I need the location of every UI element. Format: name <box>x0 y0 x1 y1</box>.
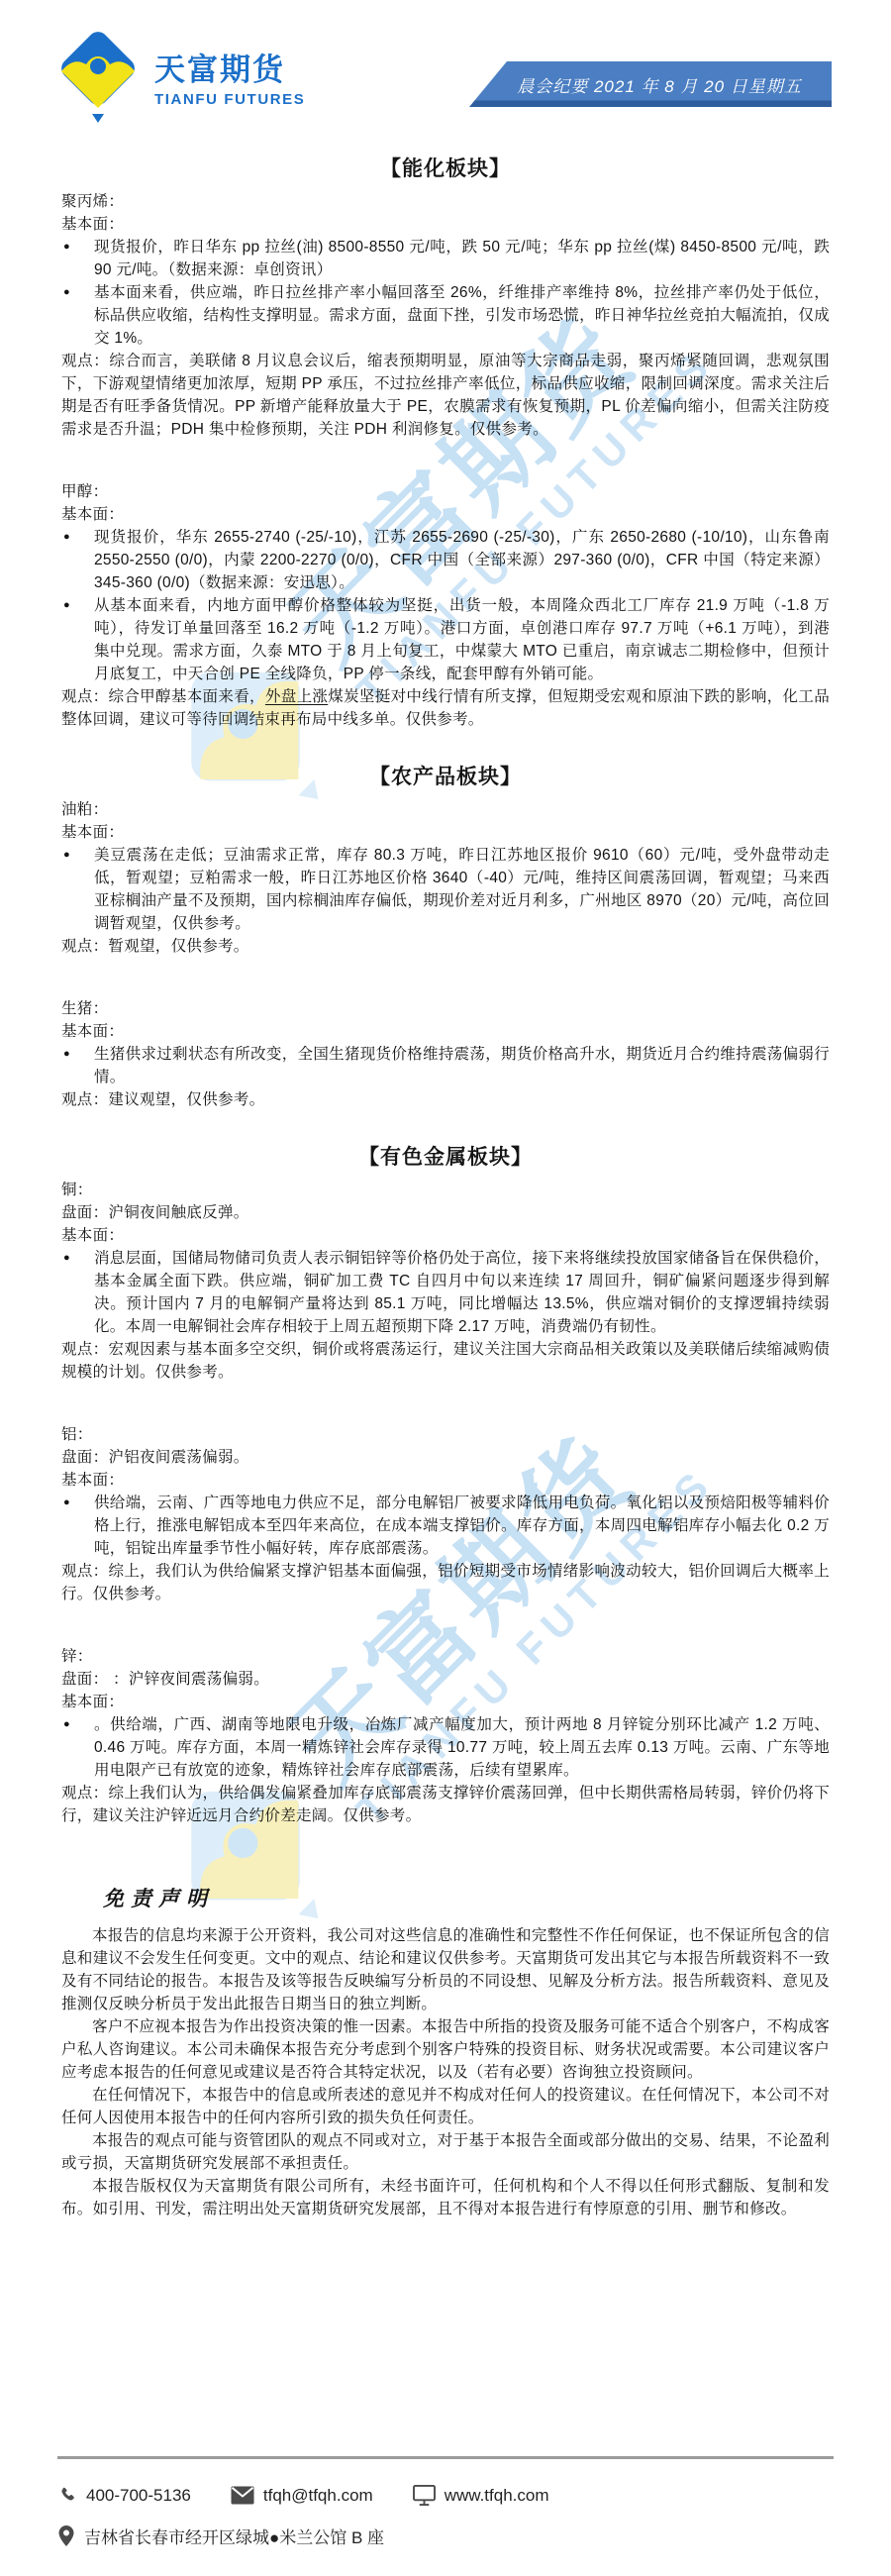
bullet-item: ●消息层面，国储局物储司负责人表示铜铝锌等价格仍处于高位，接下来将继续投放国家储… <box>61 1247 830 1338</box>
viewpoint-text: 观点：建议观望，仅供参考。 <box>61 1088 830 1111</box>
viewpoint-text: 观点：综上，我们认为供给偏紧支撑沪铝基本面偏强，铝价短期受市场情绪影响波动较大，… <box>61 1560 830 1605</box>
commodity-label-line: 基本面： <box>61 503 830 526</box>
bullet-marker-icon: ● <box>61 1247 94 1338</box>
commodity-block: 锌：盘面： ：沪锌夜间震荡偏弱。基本面：●。供给端，广西、湖南等地限电升级，冶炼… <box>61 1645 830 1827</box>
disclaimer-paragraph: 本报告的观点可能与资管团队的观点不同或对立，对于基于本报告全面或部分做出的交易、… <box>61 2129 830 2175</box>
bullet-item: ●美豆震荡在走低；豆油需求正常，库存 80.3 万吨，昨日江苏地区报价 9610… <box>61 844 830 935</box>
commodity-name: 甲醇： <box>61 480 830 503</box>
bullet-text: 供给端，云南、广西等地电力供应不足，部分电解铝厂被要求降低用电负荷。氧化铝以及预… <box>94 1492 830 1560</box>
commodity-label-line: 盘面：沪铜夜间触底反弹。 <box>61 1201 830 1224</box>
bullet-marker-icon: ● <box>61 526 94 594</box>
bullet-item: ●。供给端，广西、湖南等地限电升级，冶炼厂减产幅度加大，预计两地 8 月锌锭分别… <box>61 1713 830 1782</box>
commodity-block: 聚丙烯：基本面：●现货报价，昨日华东 pp 拉丝(油) 8500-8550 元/… <box>61 190 830 441</box>
bullet-marker-icon: ● <box>61 1043 94 1088</box>
phone-number: 400-700-5136 <box>86 2486 191 2506</box>
report-body: 【能化板块】聚丙烯：基本面：●现货报价，昨日华东 pp 拉丝(油) 8500-8… <box>61 153 830 1827</box>
commodity-name: 铝： <box>61 1423 830 1446</box>
bullet-text: 现货报价，昨日华东 pp 拉丝(油) 8500-8550 元/吨，跌 50 元/… <box>94 236 830 281</box>
viewpoint-text: 观点：暂观望，仅供参考。 <box>61 935 830 958</box>
bullet-text: 现货报价，华东 2655-2740 (-25/-10)，江苏 2655-2690… <box>94 526 830 594</box>
bullet-marker-icon: ● <box>61 1713 94 1782</box>
report-footer: 400-700-5136 tfqh@tfqh.com www.tfqh.com <box>57 2456 834 2566</box>
commodity-name: 铜： <box>61 1179 830 1201</box>
viewpoint-text: 观点：综合而言，美联储 8 月议息会议后，缩表预期明显，原油等大宗商品走弱，聚丙… <box>61 350 830 441</box>
commodity-name: 油粕： <box>61 798 830 821</box>
tianfu-logo-icon <box>53 24 143 123</box>
bullet-item: ●现货报价，华东 2655-2740 (-25/-10)，江苏 2655-269… <box>61 526 830 594</box>
bullet-text: 从基本面来看，内地方面甲醇价格整体较为坚挺，出货一般，本周隆众西北工厂库存 21… <box>94 594 830 685</box>
bullet-text: 基本面来看，供应端，昨日拉丝排产率小幅回落至 26%，纤维排产率维持 8%，拉丝… <box>94 281 830 350</box>
viewpoint-text: 观点：综合甲醇基本面来看，外盘上涨煤炭坚挺对中线行情有所支撑，但短期受宏观和原油… <box>61 685 830 731</box>
section-title: 【农产品板块】 <box>61 761 830 790</box>
bullet-text: 生猪供求过剩状态有所改变，全国生猪现货价格维持震荡，期货价格高升水，期货近月合约… <box>94 1043 830 1088</box>
bullet-item: ●从基本面来看，内地方面甲醇价格整体较为坚挺，出货一般，本周隆众西北工厂库存 2… <box>61 594 830 685</box>
envelope-icon <box>231 2486 254 2505</box>
bullet-text: 消息层面，国储局物储司负责人表示铜铝锌等价格仍处于高位，接下来将继续投放国家储备… <box>94 1247 830 1338</box>
commodity-block: 铜：盘面：沪铜夜间触底反弹。基本面：●消息层面，国储局物储司负责人表示铜铝锌等价… <box>61 1179 830 1384</box>
website-url: www.tfqh.com <box>445 2486 549 2506</box>
disclaimer-paragraph: 在任何情况下，本报告中的信息或所表述的意见并不构成对任何人的投资建议。在任何情况… <box>61 2084 830 2129</box>
commodity-name: 生猪： <box>61 997 830 1020</box>
commodity-label-line: 基本面： <box>61 821 830 844</box>
commodity-name: 锌： <box>61 1645 830 1668</box>
bullet-marker-icon: ● <box>61 844 94 935</box>
monitor-icon <box>413 2485 436 2506</box>
viewpoint-text: 观点：综上我们认为，供给偶发偏紧叠加库存底部震荡支撑锌价震荡回弹，但中长期供需格… <box>61 1782 830 1827</box>
address-contact: 吉林省长春市经开区绿城●米兰公馆 B 座 <box>57 2524 384 2548</box>
bullet-text: 。供给端，广西、湖南等地限电升级，冶炼厂减产幅度加大，预计两地 8 月锌锭分别环… <box>94 1713 830 1782</box>
brand-name-en: TIANFU FUTURES <box>154 91 305 108</box>
phone-icon <box>57 2486 77 2506</box>
commodity-label-line: 基本面： <box>61 1469 830 1492</box>
bullet-item: ●供给端，云南、广西等地电力供应不足，部分电解铝厂被要求降低用电负荷。氧化铝以及… <box>61 1492 830 1560</box>
location-pin-icon <box>57 2524 75 2547</box>
bullet-marker-icon: ● <box>61 1492 94 1560</box>
bullet-item: ●生猪供求过剩状态有所改变，全国生猪现货价格维持震荡，期货价格高升水，期货近月合… <box>61 1043 830 1088</box>
bullet-item: ●现货报价，昨日华东 pp 拉丝(油) 8500-8550 元/吨，跌 50 元… <box>61 236 830 281</box>
disclaimer-text: 本报告的信息均来源于公开资料，我公司对这些信息的准确性和完整性不作任何保证，也不… <box>61 1924 830 2220</box>
website-contact: www.tfqh.com <box>413 2485 549 2506</box>
bullet-marker-icon: ● <box>61 236 94 281</box>
commodity-block: 甲醇：基本面：●现货报价，华东 2655-2740 (-25/-10)，江苏 2… <box>61 480 830 731</box>
commodity-block: 生猪：基本面：●生猪供求过剩状态有所改变，全国生猪现货价格维持震荡，期货价格高升… <box>61 997 830 1111</box>
commodity-label-line: 基本面： <box>61 1224 830 1247</box>
email-address: tfqh@tfqh.com <box>263 2486 373 2506</box>
bullet-text: 美豆震荡在走低；豆油需求正常，库存 80.3 万吨，昨日江苏地区报价 9610（… <box>94 844 830 935</box>
bullet-marker-icon: ● <box>61 281 94 350</box>
underlined-phrase: 外盘上涨 <box>265 688 328 705</box>
commodity-label-line: 基本面： <box>61 213 830 236</box>
report-header: 天富期货 TIANFU FUTURES 晨会纪要 2021 年 8 月 20 日… <box>53 0 830 123</box>
commodity-label-line: 盘面： ：沪锌夜间震荡偏弱。 <box>61 1668 830 1691</box>
commodity-label-line: 基本面： <box>61 1691 830 1713</box>
footer-divider <box>57 2456 834 2459</box>
report-title-banner: 晨会纪要 2021 年 8 月 20 日星期五 <box>469 61 832 107</box>
disclaimer-section: 免责声明 本报告的信息均来源于公开资料，我公司对这些信息的准确性和完整性不作任何… <box>61 1883 830 2220</box>
bullet-marker-icon: ● <box>61 594 94 685</box>
company-logo: 天富期货 TIANFU FUTURES <box>53 24 305 123</box>
commodity-name: 聚丙烯： <box>61 190 830 213</box>
section-title: 【能化板块】 <box>61 153 830 182</box>
report-page: 天富期货 TIANFU FUTURES 天富期货 TIANFU FUTURES <box>0 0 891 2576</box>
commodity-block: 油粕：基本面：●美豆震荡在走低；豆油需求正常，库存 80.3 万吨，昨日江苏地区… <box>61 798 830 958</box>
address-text: 吉林省长春市经开区绿城●米兰公馆 B 座 <box>84 2524 384 2548</box>
disclaimer-title: 免责声明 <box>103 1883 830 1912</box>
commodity-label-line: 基本面： <box>61 1020 830 1043</box>
commodity-block: 铝：盘面：沪铝夜间震荡偏弱。基本面：●供给端，云南、广西等地电力供应不足，部分电… <box>61 1423 830 1605</box>
bullet-item: ●基本面来看，供应端，昨日拉丝排产率小幅回落至 26%，纤维排产率维持 8%，拉… <box>61 281 830 350</box>
brand-name-cn: 天富期货 <box>154 52 305 88</box>
disclaimer-paragraph: 客户不应视本报告为作出投资决策的惟一因素。本报告中所指的投资及服务可能不适合个别… <box>61 2015 830 2084</box>
phone-contact: 400-700-5136 <box>57 2486 191 2506</box>
section-title: 【有色金属板块】 <box>61 1141 830 1171</box>
disclaimer-paragraph: 本报告的信息均来源于公开资料，我公司对这些信息的准确性和完整性不作任何保证，也不… <box>61 1924 830 2015</box>
email-contact: tfqh@tfqh.com <box>231 2486 373 2506</box>
commodity-label-line: 盘面：沪铝夜间震荡偏弱。 <box>61 1446 830 1469</box>
disclaimer-paragraph: 本报告版权仅为天富期货有限公司所有，未经书面许可，任何机构和个人不得以任何形式翻… <box>61 2175 830 2220</box>
viewpoint-text: 观点：宏观因素与基本面多空交织，铜价或将震荡运行，建议关注国大宗商品相关政策以及… <box>61 1338 830 1384</box>
